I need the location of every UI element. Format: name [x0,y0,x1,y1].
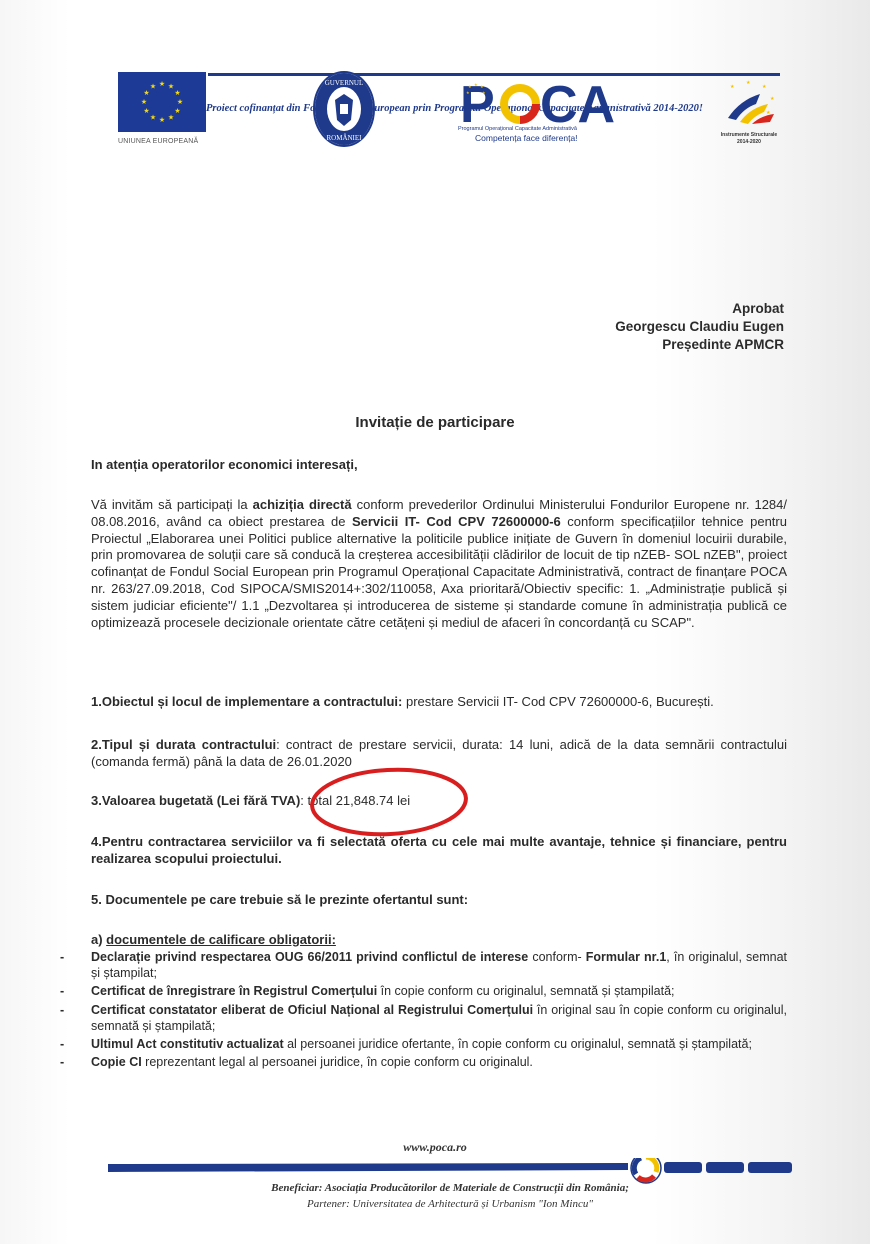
section-2-label: 2.Tipul și durata contractului [91,737,276,752]
section-1-object: 1.Obiectul și locul de implementare a co… [91,694,787,711]
approver-title: Președinte APMCR [615,336,784,354]
intro-text-1: Vă invităm să participați la [91,497,253,512]
svg-text:★: ★ [141,98,147,106]
list-item: -Certificat de înregistrare în Registrul… [60,983,787,999]
svg-text:ROMÂNIEI: ROMÂNIEI [327,134,363,142]
funding-banner: ★★★ ★★★ ★★★ ★★★ UNIUNEA EUROPEANĂ Proiec… [118,70,790,150]
structural-instruments-logo-icon: ★★★★★ [716,78,780,126]
bullet-dash: - [60,1036,64,1052]
svg-text:★: ★ [150,114,156,122]
svg-text:★: ★ [770,96,775,102]
svg-text:★: ★ [174,89,180,97]
svg-text:★: ★ [150,83,156,91]
bullet-dash: - [60,1054,64,1070]
doc-text: conform- [528,950,586,964]
romanian-government-seal-icon: GUVERNUL ROMÂNIEI [313,70,375,148]
intro-bold-1: achiziția directă [253,497,352,512]
intro-text-3: conform specificațiilor tehnice pentru P… [91,514,787,630]
section-2-type-duration: 2.Tipul și durata contractului: contract… [91,737,787,771]
svg-text:★: ★ [474,82,478,87]
svg-text:★: ★ [746,80,751,86]
section-5-documents: 5. Documentele pe care trebuie să le pre… [91,892,787,909]
doc-text: al persoanei juridice ofertante, în copi… [284,1037,752,1051]
svg-text:★: ★ [159,80,165,88]
doc-bold-2: Formular nr.1 [586,950,667,964]
svg-text:★: ★ [143,107,149,115]
intro-bold-2: Servicii IT- Cod CPV 72600000-6 [352,514,561,529]
poca-slogan: Competența face diferența! [475,133,578,143]
footer-website: www.poca.ro [0,1140,870,1155]
list-item: -Copie CI reprezentant legal al persoane… [60,1054,787,1070]
document-title: Invitație de participare [0,414,870,431]
section-5a-label: documentele de calificare obligatorii: [106,932,336,947]
eu-caption: UNIUNEA EUROPEANĂ [118,138,198,145]
list-item: -Ultimul Act constitutiv actualizat al p… [60,1036,787,1052]
bullet-dash: - [60,949,64,965]
section-5a-heading: a) documentele de calificare obligatorii… [91,932,787,949]
addressee-line: In atenția operatorilor economici intere… [91,457,358,472]
svg-text:★: ★ [168,114,174,122]
svg-text:★: ★ [174,107,180,115]
section-5a-prefix: a) [91,932,106,947]
doc-text: reprezentant legal al persoanei juridice… [142,1055,533,1069]
svg-text:★: ★ [159,116,165,124]
is-caption-line1: Instrumente Structurale [704,132,794,139]
doc-bold: Certificat constatator eliberat de Ofici… [91,1003,533,1017]
eu-flag-icon: ★★★ ★★★ ★★★ ★★★ [118,72,206,132]
section-3-budget: 3.Valoarea bugetată (Lei fără TVA): tota… [91,793,787,810]
list-item: -Certificat constatator eliberat de Ofic… [60,1002,787,1034]
scanned-document-page: ★★★ ★★★ ★★★ ★★★ UNIUNEA EUROPEANĂ Proiec… [0,0,870,1244]
doc-bold: Copie CI [91,1055,142,1069]
doc-bold: Declarație privind respectarea OUG 66/20… [91,950,528,964]
svg-text:★: ★ [762,84,767,90]
svg-text:★: ★ [468,84,472,89]
svg-text:★: ★ [730,84,735,90]
svg-text:★: ★ [143,89,149,97]
required-documents-list: -Declarație privind respectarea OUG 66/2… [60,949,787,1072]
svg-text:★: ★ [177,98,183,106]
bullet-dash: - [60,983,64,999]
section-1-text: prestare Servicii IT- Cod CPV 72600000-6… [402,694,713,709]
approver-name: Georgescu Claudiu Eugen [615,318,784,336]
svg-text:★: ★ [480,84,484,89]
is-caption-line2: 2014-2020 [704,139,794,146]
svg-text:★: ★ [482,90,486,95]
section-3-budget-value: : total 21,848.74 lei [300,793,410,808]
section-3-label: 3.Valoarea bugetată (Lei fără TVA) [91,793,300,808]
svg-text:★: ★ [168,83,174,91]
footer-partner: Partener: Universitatea de Arhitectură ș… [0,1198,870,1210]
doc-bold: Ultimul Act constitutiv actualizat [91,1037,284,1051]
list-item: -Declarație privind respectarea OUG 66/2… [60,949,787,981]
doc-text: în copie conform cu originalul, semnată … [377,984,674,998]
approval-block: Aprobat Georgescu Claudiu Eugen Președin… [615,300,784,354]
bullet-dash: - [60,1002,64,1018]
section-1-label: 1.Obiectul și locul de implementare a co… [91,694,402,709]
approval-label: Aprobat [615,300,784,318]
poca-program-name: Programul Operațional Capacitate Adminis… [458,126,577,132]
svg-text:★: ★ [466,90,470,95]
footer-beneficiary: Beneficiar: Asociația Producătorilor de … [0,1182,870,1194]
structural-instruments-caption: Instrumente Structurale 2014-2020 [704,132,794,146]
intro-paragraph: Vă invităm să participați la achiziția d… [91,497,787,631]
doc-bold: Certificat de înregistrare în Registrul … [91,984,377,998]
section-4-selection: 4.Pentru contractarea serviciilor va fi … [91,834,787,868]
seal-top-text: GUVERNUL [325,79,364,87]
